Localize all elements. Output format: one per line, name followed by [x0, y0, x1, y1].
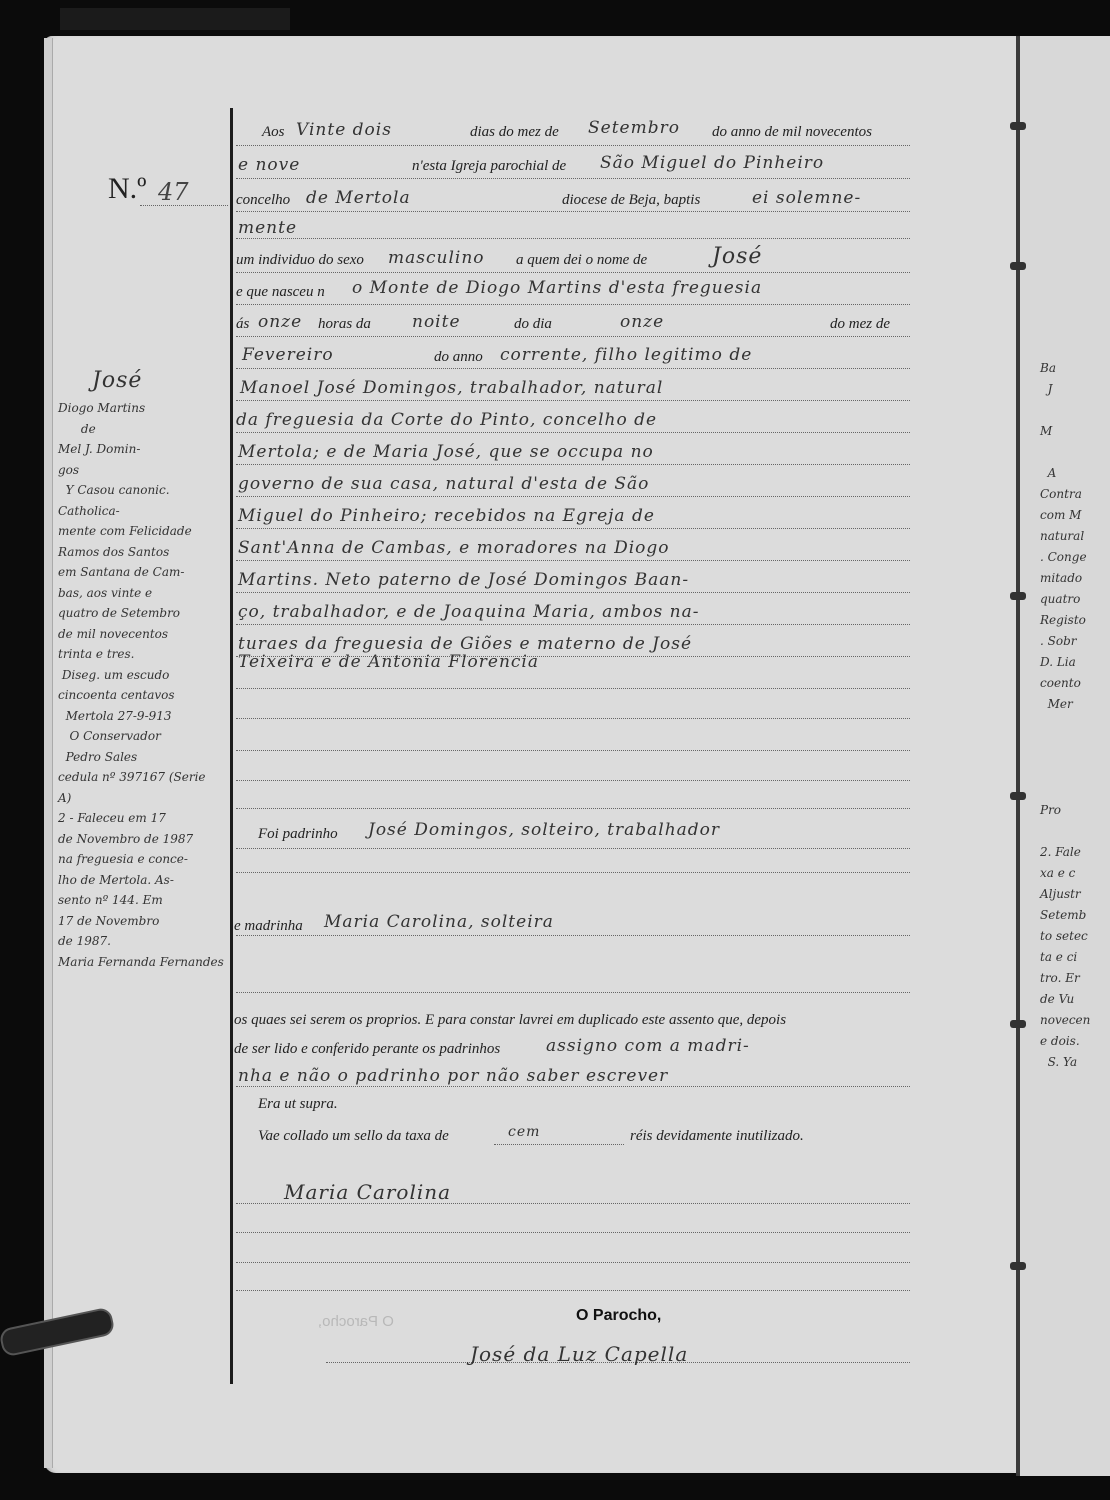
- printed-text: horas da: [318, 316, 371, 333]
- margin-name-heading: José: [92, 368, 142, 393]
- handwritten-child-name: José: [712, 244, 762, 269]
- dotted-rule: [236, 656, 910, 657]
- dotted-rule: [236, 272, 910, 273]
- handwritten-padrinho: José Domingos, solteiro, trabalhador: [368, 820, 720, 840]
- dotted-rule: [236, 688, 910, 689]
- handwritten-concelho: de Mertola: [306, 188, 411, 208]
- printed-text: diocese de Beja, baptis: [562, 192, 700, 209]
- handwritten-year: e nove: [238, 155, 300, 175]
- binding-stitch: [1010, 122, 1026, 130]
- printed-text: Aos: [262, 124, 285, 141]
- dotted-rule: [236, 238, 910, 239]
- printed-text: concelho: [236, 192, 290, 209]
- handwritten-line: turaes da freguesia de Giões e materno d…: [238, 634, 692, 654]
- dotted-rule: [236, 336, 910, 337]
- parocho-signature: José da Luz Capella: [470, 1342, 688, 1366]
- dotted-rule: [236, 1262, 910, 1263]
- dotted-rule: [236, 992, 910, 993]
- dotted-rule: [236, 432, 910, 433]
- handwritten-text: nha e não o padrinho por não saber escre…: [238, 1066, 668, 1086]
- printed-text: a quem dei o nome de: [516, 252, 647, 269]
- handwritten-birth-month: Fevereiro: [242, 345, 334, 365]
- handwritten-birth-day: onze: [620, 312, 664, 332]
- handwritten-madrinha: Maria Carolina, solteira: [324, 912, 554, 932]
- dotted-rule: [236, 211, 910, 212]
- handwritten-line: Sant'Anna de Cambas, e moradores na Diog…: [238, 538, 670, 558]
- facing-page: [1020, 36, 1110, 1476]
- handwritten-hour: onze: [258, 312, 302, 332]
- binding-stitch: [1010, 1262, 1026, 1270]
- facing-page-annotation: Pro 2. Fale xa e c Aljustr Setemb to set…: [1040, 800, 1090, 1073]
- dotted-rule: [236, 1232, 910, 1233]
- dotted-rule: [236, 592, 910, 593]
- record-number-label: N.º: [108, 172, 146, 206]
- dotted-rule: [236, 304, 910, 305]
- binding-stitch: [1010, 1020, 1026, 1028]
- printed-text: réis devidamente inutilizado.: [630, 1128, 804, 1145]
- dotted-rule: [236, 848, 910, 849]
- binding-spine: [1016, 36, 1020, 1476]
- handwritten-text: ei solemne-: [752, 188, 861, 208]
- dotted-rule: [140, 205, 228, 206]
- printed-text: do anno de mil novecentos: [712, 124, 872, 141]
- handwritten-sex: masculino: [388, 248, 485, 268]
- printed-text: Era ut supra.: [258, 1096, 338, 1113]
- dotted-rule: [236, 400, 910, 401]
- margin-rule: [230, 108, 233, 1384]
- page-edge: [44, 38, 53, 1468]
- dotted-rule: [236, 464, 910, 465]
- dotted-rule: [236, 1086, 910, 1087]
- handwritten-tax: cem: [508, 1124, 540, 1140]
- dotted-rule: [236, 808, 910, 809]
- printed-text: do anno: [434, 349, 483, 366]
- printed-text: do dia: [514, 316, 552, 333]
- handwritten-line: Teixeira e de Antonia Florencia: [238, 652, 539, 672]
- printed-text: dias do mez de: [470, 124, 559, 141]
- printed-text: ás: [236, 316, 249, 333]
- printed-text: Vae collado um sello da taxa de: [258, 1128, 449, 1145]
- parocho-label: O Parocho,: [576, 1307, 661, 1325]
- bleedthrough-text: O Parocho,: [318, 1313, 394, 1330]
- dotted-rule: [236, 560, 910, 561]
- binding-stitch: [1010, 792, 1026, 800]
- printed-text: e madrinha: [234, 918, 303, 935]
- dotted-rule: [236, 145, 910, 146]
- dotted-rule: [236, 935, 910, 936]
- handwritten-line: governo de sua casa, natural d'esta de S…: [238, 474, 649, 494]
- dotted-rule: [236, 496, 910, 497]
- printed-text: do mez de: [830, 316, 890, 333]
- dotted-rule: [236, 750, 910, 751]
- handwritten-text: assigno com a madri-: [546, 1036, 750, 1056]
- handwritten-text: corrente, filho legitimo de: [500, 345, 752, 365]
- handwritten-day: Vinte dois: [296, 120, 392, 140]
- margin-annotation: Diogo Martins de Mel J. Domin- gos Y Cas…: [58, 398, 224, 972]
- handwritten-month: Setembro: [588, 118, 680, 138]
- printed-text: os quaes sei serem os proprios. E para c…: [234, 1012, 786, 1029]
- handwritten-line: Mertola; e de Maria José, que se occupa …: [238, 442, 654, 462]
- handwritten-line: Martins. Neto paterno de José Domingos B…: [238, 570, 689, 590]
- handwritten-line: Manoel José Domingos, trabalhador, natur…: [240, 378, 663, 398]
- dotted-rule: [236, 178, 910, 179]
- dotted-rule: [236, 718, 910, 719]
- handwritten-time: noite: [412, 312, 461, 332]
- dotted-rule: [236, 872, 910, 873]
- dotted-rule: [236, 1290, 910, 1291]
- handwritten-birthplace: o Monte de Diogo Martins d'esta freguesi…: [352, 278, 762, 298]
- handwritten-line: Miguel do Pinheiro; recebidos na Egreja …: [238, 506, 655, 526]
- dotted-rule: [236, 528, 910, 529]
- printed-text: um individuo do sexo: [236, 252, 364, 269]
- facing-page-annotation: Ba J M A Contra com M natural . Conge mi…: [1040, 358, 1087, 715]
- handwritten-text: mente: [238, 218, 297, 238]
- printed-text: n'esta Igreja parochial de: [412, 158, 566, 175]
- dotted-rule: [236, 368, 910, 369]
- handwritten-line: da freguesia da Corte do Pinto, concelho…: [236, 410, 657, 430]
- binding-stitch: [1010, 262, 1026, 270]
- dotted-rule: [494, 1144, 624, 1145]
- madrinha-signature: Maria Carolina: [284, 1180, 451, 1204]
- dotted-rule: [236, 780, 910, 781]
- handwritten-line: ço, trabalhador, e de Joaquina Maria, am…: [238, 602, 700, 622]
- handwritten-parish: São Miguel do Pinheiro: [600, 153, 824, 173]
- printed-text: Foi padrinho: [258, 826, 338, 843]
- printed-text: e que nasceu n: [236, 284, 325, 301]
- printed-text: de ser lido e conferido perante os padri…: [234, 1041, 500, 1058]
- record-number-value: 47: [158, 178, 189, 206]
- dotted-rule: [236, 624, 910, 625]
- binding-stitch: [1010, 592, 1026, 600]
- scan-border-top: [60, 8, 290, 30]
